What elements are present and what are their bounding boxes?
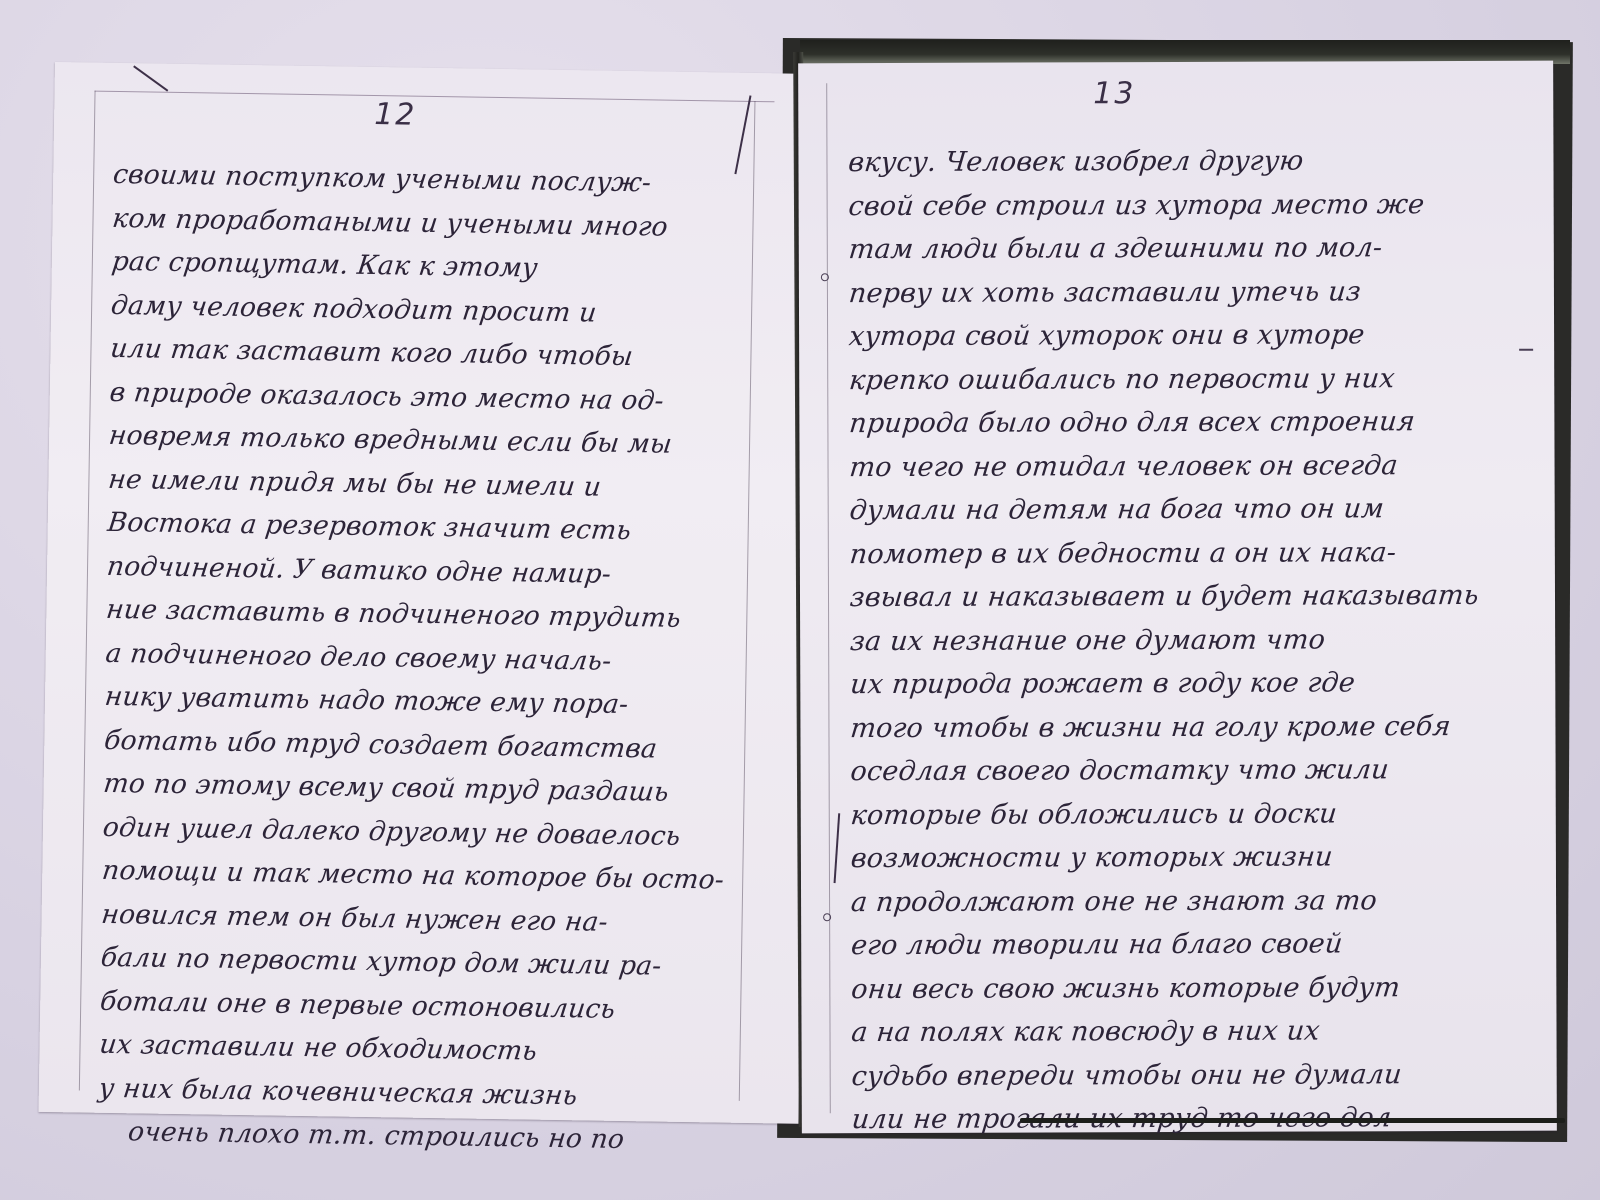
text-line: природа было одно для всех строения bbox=[847, 400, 1480, 446]
text-line: за их незнание оне думают что bbox=[848, 617, 1481, 663]
text-line: крепко ошибались по первости у них bbox=[847, 356, 1480, 402]
bottom-rule bbox=[1020, 1118, 1565, 1123]
text-line: оседлая своего достатку что жили bbox=[848, 748, 1481, 794]
text-line: а продолжают оне не знают за то bbox=[849, 878, 1482, 924]
text-line: хутора свой хуторок они в хуторе bbox=[847, 313, 1480, 359]
text-line: а на полях как повсюду в них их bbox=[849, 1009, 1482, 1055]
text-line: возможности у которых жизни bbox=[849, 835, 1482, 881]
text-line: его люди творили на благо своей bbox=[849, 922, 1482, 968]
margin-dash bbox=[1519, 349, 1533, 351]
right-margin-line bbox=[739, 101, 756, 1101]
margin-dot bbox=[821, 273, 829, 281]
left-page: 12 своими поступком учеными послуж- ком … bbox=[39, 62, 815, 1124]
page-number: 13 bbox=[1093, 76, 1135, 111]
manuscript-spread: 12 своими поступком учеными послуж- ком … bbox=[0, 0, 1600, 1200]
text-line: звывал и наказывает и будет наказывать bbox=[848, 574, 1481, 620]
text-line: перву их хоть заставили утечь из bbox=[847, 269, 1480, 315]
text-line: они весь свою жизнь которые будут bbox=[849, 965, 1482, 1011]
text-line: которые бы обложились и доски bbox=[849, 791, 1482, 837]
text-line: думали на детям на бога что он им bbox=[847, 487, 1480, 533]
left-page-text: своими поступком учеными послуж- ком про… bbox=[98, 153, 735, 1163]
text-line: вкусу. Человек изобрел другую bbox=[846, 139, 1479, 185]
page-number: 12 bbox=[374, 97, 417, 133]
margin-bracket bbox=[834, 813, 841, 883]
text-line: их природа рожает в году кое где bbox=[848, 661, 1481, 707]
left-margin-line bbox=[79, 91, 96, 1091]
corner-stroke bbox=[133, 65, 168, 91]
text-line: помотер в их бедности а он их нака- bbox=[848, 530, 1481, 576]
text-line: судьбо впереди чтобы они не думали bbox=[849, 1052, 1482, 1098]
text-line: там люди были а здешними по мол- bbox=[847, 226, 1480, 272]
text-line: свой себе строил из хутора место же bbox=[846, 182, 1479, 228]
right-page-text: вкусу. Человек изобрел другую свой себе … bbox=[848, 139, 1480, 1142]
text-line: того чтобы в жизни на голу кроме себя bbox=[848, 704, 1481, 750]
left-margin-line bbox=[826, 83, 831, 1113]
text-line: то чего не отидал человек он всегда bbox=[847, 443, 1480, 489]
margin-dot bbox=[823, 913, 831, 921]
top-rule bbox=[95, 91, 775, 103]
text-line: очень плохо т.т. строились но по bbox=[96, 1110, 723, 1163]
right-page: 13 вкусу. Человек изобрел другую свой се… bbox=[798, 61, 1557, 1134]
